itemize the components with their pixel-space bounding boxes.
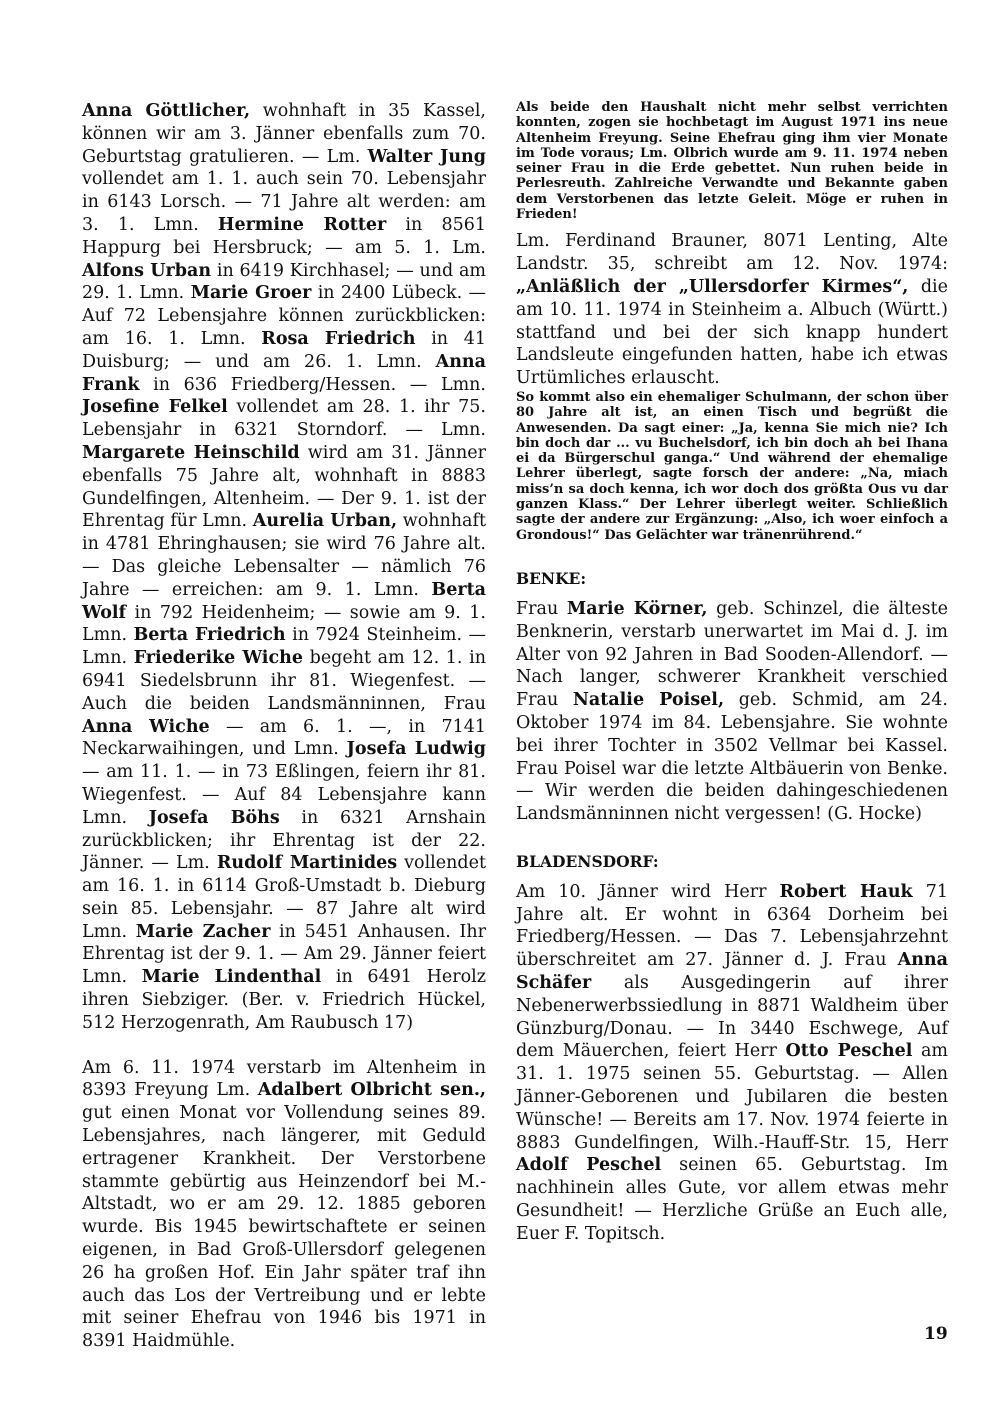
person-name: Berta Wolf bbox=[82, 580, 486, 623]
person-name: Natalie Poisel, bbox=[573, 690, 724, 710]
person-name: Rosa Friedrich bbox=[261, 329, 415, 349]
person-name: Walter Jung bbox=[368, 147, 486, 167]
section-heading-benke: BENKE: bbox=[516, 569, 948, 588]
person-name: Anna Wiche bbox=[82, 717, 210, 737]
person-name: Marie Lindenthal bbox=[142, 967, 321, 987]
page-number: 19 bbox=[924, 1324, 948, 1344]
person-name: Otto Peschel bbox=[785, 1041, 912, 1061]
person-name: Adalbert Olbricht sen., bbox=[258, 1080, 486, 1100]
person-name: Berta Friedrich bbox=[134, 625, 286, 645]
person-name: Anna Schäfer bbox=[516, 950, 948, 993]
obituary-olbricht-paragraph: Am 6. 11. 1974 verstarb im Altenheim in … bbox=[82, 1057, 486, 1353]
person-name: Marie Groer bbox=[191, 283, 312, 303]
person-name: Josefa Böhs bbox=[149, 808, 280, 828]
person-name: Marie Zacher bbox=[136, 922, 271, 942]
person-name: Friederike Wiche bbox=[134, 648, 303, 668]
left-column: Anna Göttlicher, wohnhaft in 35 Kassel, … bbox=[82, 100, 486, 1353]
person-name: Rudolf Martinides bbox=[217, 853, 397, 873]
person-name: „Anläßlich der „Ullersdorfer Kirmes“, bbox=[516, 277, 908, 297]
person-name: Anna Göttlicher, bbox=[82, 101, 250, 121]
person-name: Hermine Rotter bbox=[218, 215, 386, 235]
person-name: Robert Hauk bbox=[779, 882, 912, 902]
person-name: Josefa Ludwig bbox=[347, 739, 486, 759]
benke-paragraph: Frau Marie Körner, geb. Schinzel, die äl… bbox=[516, 598, 948, 826]
kirmes-anecdote: So kommt also ein ehemaliger Schulmann, … bbox=[516, 390, 948, 543]
brauner-letter-paragraph: Lm. Ferdinand Brauner, 8071 Lenting, Alt… bbox=[516, 230, 948, 390]
person-name: Margarete Heinschild bbox=[82, 443, 300, 463]
section-heading-bladensdorf: BLADENSDORF: bbox=[516, 852, 948, 871]
right-column: Als beide den Haushalt nicht mehr selbst… bbox=[516, 100, 948, 1246]
person-name: Marie Körner, bbox=[567, 599, 708, 619]
bladensdorf-paragraph: Am 10. Jänner wird Herr Robert Hauk 71 J… bbox=[516, 881, 948, 1246]
obituary-continuation: Als beide den Haushalt nicht mehr selbst… bbox=[516, 100, 948, 222]
person-name: Alfons Urban bbox=[82, 261, 211, 281]
person-name: Adolf Peschel bbox=[516, 1155, 661, 1175]
person-name: Josefine Felkel bbox=[82, 397, 228, 417]
person-name: Aurelia Urban, bbox=[253, 511, 397, 531]
birthday-list-paragraph: Anna Göttlicher, wohnhaft in 35 Kassel, … bbox=[82, 100, 486, 1035]
person-name: Anna Frank bbox=[82, 352, 486, 395]
